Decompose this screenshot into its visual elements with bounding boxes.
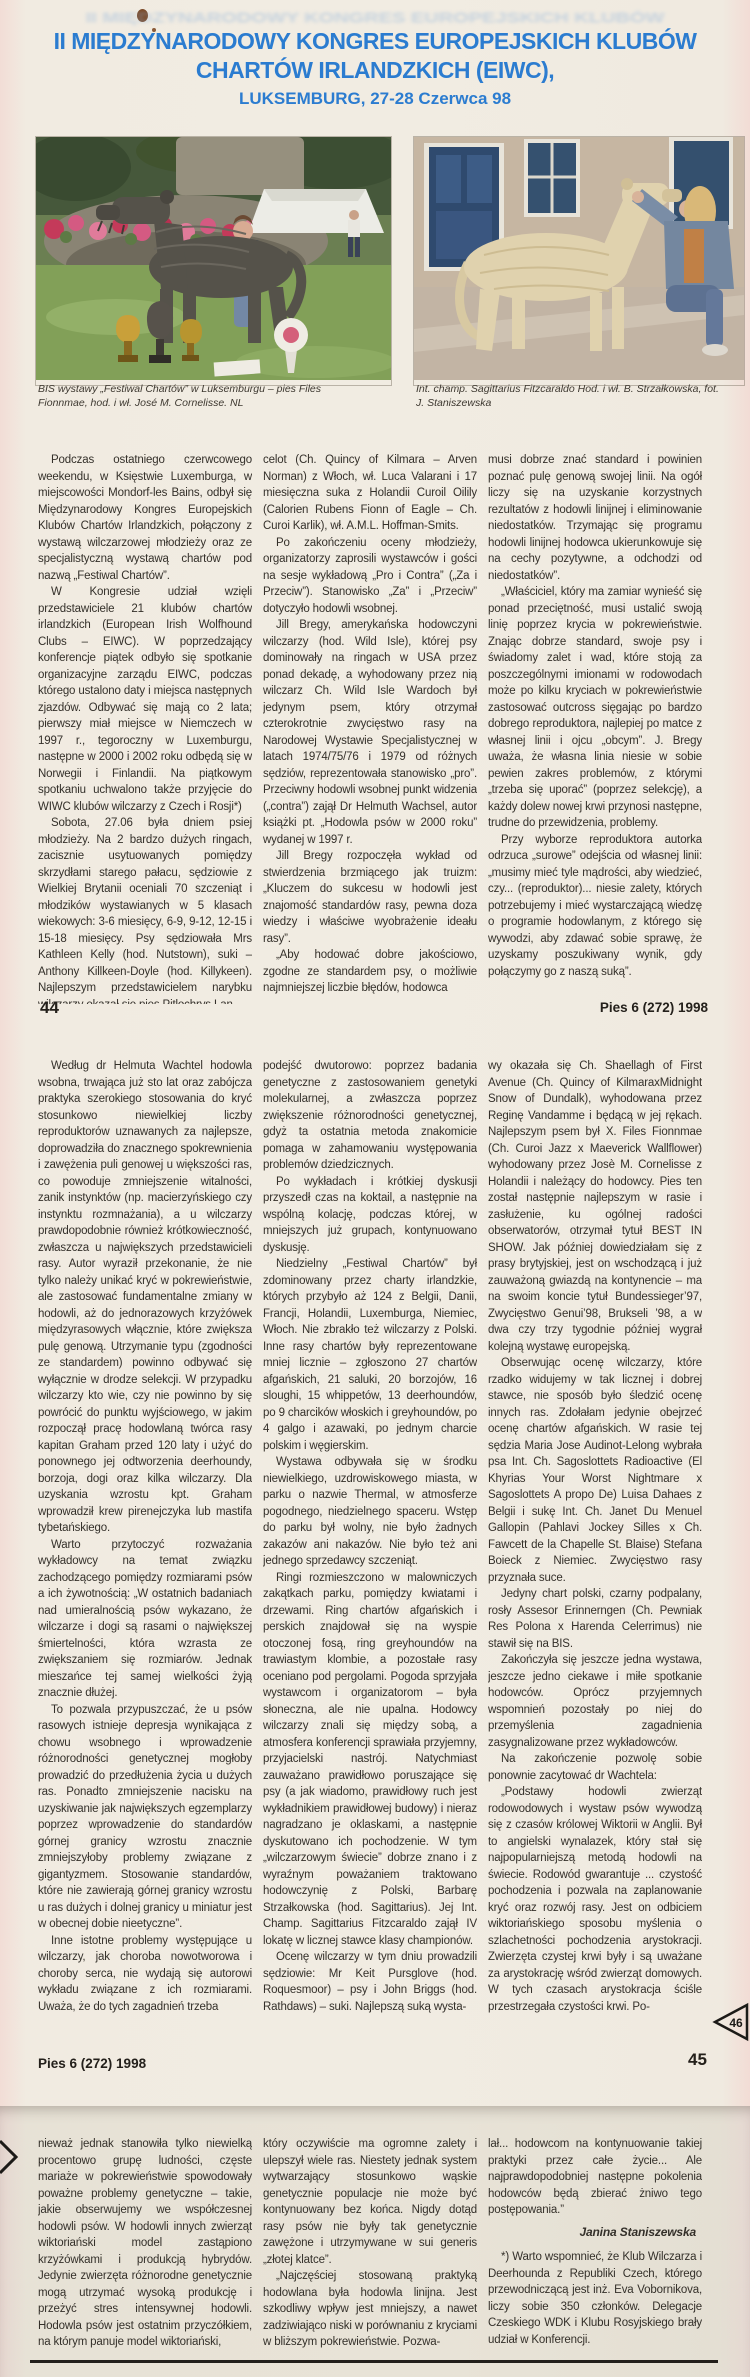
paragraph: celot (Ch. Quincy of Kilmara – Arven Nor… (263, 452, 477, 535)
paragraph: Inne istotne problemy występujące u wilc… (38, 1933, 252, 2016)
paragraph: Na zakończenie pozwolę sobie ponownie za… (488, 1751, 702, 1784)
fountain-pedestal (176, 137, 304, 195)
paragraph: Obserwując ocenę wilczarzy, które rzadko… (488, 1355, 702, 1586)
bottom-rule (30, 2360, 718, 2363)
paragraph: Po zakończeniu oceny młodzieży, organiza… (263, 535, 477, 618)
paragraph: Podczas ostatniego czerwcowego weekendu,… (38, 452, 252, 584)
continuation-page-number: 46 (729, 2016, 743, 2030)
journal-issue-label: Pies 6 (272) 1998 (38, 2056, 146, 2071)
paragraph: Zakończyła się jeszcze jedna wystawa, je… (488, 1652, 702, 1751)
paragraph: Jill Bregy, amerykańska hodowczyni wilcz… (263, 617, 477, 848)
paragraph: Według dr Helmuta Wachtel hodowla wsobna… (38, 1058, 252, 1537)
paragraph: Przy wyborze reproduktora autorka odrzuc… (488, 832, 702, 981)
left-photo-illustration (36, 137, 391, 380)
author-signature: Janina Staniszewska (488, 2224, 702, 2241)
article-title-line2: CHARTÓW IRLANDZKICH (EIWC), (0, 57, 750, 84)
paragraph: Niedzielny „Festiwal Chartów” był zdomin… (263, 1256, 477, 1454)
title-bleedthrough-ghost: II MIĘDZYNARODOWY KONGRES EUROPEJSKICH K… (0, 10, 750, 27)
page45-column-3: wy okazała się Ch. Shaellagh of First Av… (488, 1058, 702, 2050)
photo-bis-winner-files-fionnmae (36, 137, 391, 385)
paragraph: To pozwala przypuszczać, że u psów rasow… (38, 1702, 252, 1933)
paragraph: Po wykładach i krótkiej dyskusji przysze… (263, 1174, 477, 1257)
journal-issue-label: Pies 6 (272) 1998 (508, 1000, 708, 1015)
paragraph: „Aby hodować dobre jakościowo, zgodne ze… (263, 947, 477, 997)
paragraph: Sobota, 27.06 była dniem psiej młodzieży… (38, 815, 252, 1004)
paragraph: W Kongresie udział wzięli przedstawiciel… (38, 584, 252, 815)
photo-caption-right: Int. champ. Sagittarius Fitzcaraldo Hod.… (416, 383, 724, 410)
paragraph: „Podstawy hodowli zwierząt rodowodowych … (488, 1784, 702, 2015)
paragraph: który oczywiście ma ogromne zalety i ule… (263, 2136, 477, 2268)
page45-column-1: Według dr Helmuta Wachtel hodowla wsobna… (38, 1058, 252, 2050)
paragraph: Wystawa odbywała się w środku niewielkie… (263, 1454, 477, 1570)
paragraph: wy okazała się Ch. Shaellagh of First Av… (488, 1058, 702, 1355)
paragraph: Ringi rozmieszczono w malowniczych zakąt… (263, 1570, 477, 1950)
page46-column-1: nieważ jednak stanowiła tylko niewielką … (38, 2136, 252, 2358)
continued-on-page-46-marker: 46 (712, 2002, 750, 2047)
page46-column-2: który oczywiście ma ogromne zalety i ule… (263, 2136, 477, 2358)
photo-sagittarius-fitzcaraldo (414, 137, 744, 385)
page-number-44: 44 (40, 998, 59, 1018)
page44-column-3: musi dobrze znać standard i powinien poz… (488, 452, 702, 1004)
paragraph: Ocenę wilczarzy w tym dniu prowadzili sę… (263, 1949, 477, 2015)
continued-from-marker (0, 2137, 20, 2182)
page45-column-2: podejść dwutorowo: poprzez badania genet… (263, 1058, 477, 2050)
paragraph: Jill Bregy rozpoczęła wykład od stwierdz… (263, 848, 477, 947)
paragraph: lał... hodowcom na kontynuowanie takiej … (488, 2136, 702, 2219)
paragraph: „Najczęściej stosowaną praktyką hodowlan… (263, 2268, 477, 2351)
page46-column-3: lał... hodowcom na kontynuowanie takiej … (488, 2136, 702, 2358)
right-photo-illustration (414, 137, 744, 380)
orange-top (684, 229, 704, 283)
hand (632, 191, 644, 203)
magazine-scan-spread: II MIĘDZYNARODOWY KONGRES EUROPEJSKICH K… (0, 0, 750, 2377)
paragraph: musi dobrze znać standard i powinien poz… (488, 452, 702, 584)
page44-column-2: celot (Ch. Quincy of Kilmara – Arven Nor… (263, 452, 477, 1004)
page44-column-1: Podczas ostatniego czerwcowego weekendu,… (38, 452, 252, 1004)
paragraph: nieważ jednak stanowiła tylko niewielką … (38, 2136, 252, 2351)
footnote: *) Warto wspomnieć, że Klub Wilczarza i … (488, 2249, 702, 2348)
paragraph: „Właściciel, który ma zamiar wynieść się… (488, 584, 702, 832)
article-title-line1: II MIĘDZYNARODOWY KONGRES EUROPEJSKICH K… (0, 28, 750, 55)
article-title-line3: LUKSEMBURG, 27-28 Czerwca 98 (0, 89, 750, 109)
paragraph: podejść dwutorowo: poprzez badania genet… (263, 1058, 477, 1174)
page-number-45: 45 (688, 2050, 707, 2070)
paragraph: Jedyny chart polski, czarny podpalany, r… (488, 1586, 702, 1652)
paragraph: Warto przytoczyć rozważania wykładowcy n… (38, 1537, 252, 1702)
white-shoe (702, 344, 728, 356)
jeans-shin (706, 289, 723, 347)
photo-caption-left: BIS wystawy „Festiwal Chartów” w Luksemb… (38, 383, 370, 410)
chevron-right-icon (0, 2141, 16, 2173)
